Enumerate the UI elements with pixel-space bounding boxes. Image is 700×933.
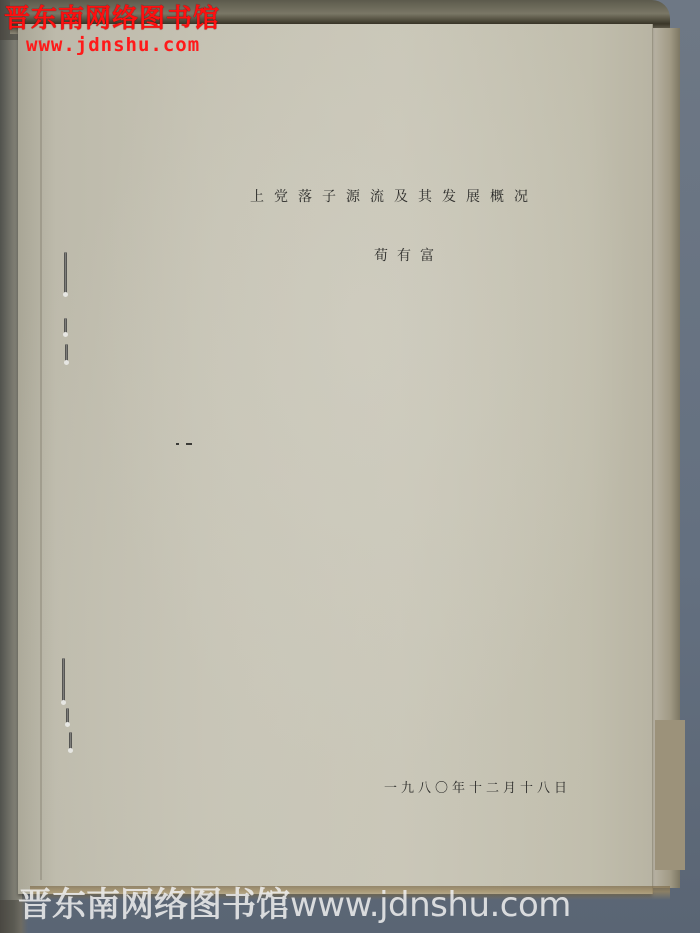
staple-icon bbox=[64, 252, 67, 294]
staple-icon bbox=[66, 708, 69, 724]
staple-icon bbox=[69, 732, 72, 750]
staple-icon bbox=[65, 344, 68, 362]
ink-speck bbox=[186, 443, 192, 445]
watermark-url: www.jdnshu.com bbox=[26, 34, 200, 56]
staple-icon bbox=[62, 658, 65, 702]
binding-margin-line bbox=[40, 40, 42, 880]
document-author: 荀有富 bbox=[374, 245, 443, 265]
ink-speck bbox=[176, 443, 179, 445]
document-date: 一九八〇年十二月十八日 bbox=[384, 777, 571, 796]
document-title: 上党落子源流及其发展概况 bbox=[250, 186, 550, 206]
staple-icon bbox=[64, 318, 67, 334]
watermark-bottom-banner: 晋东南网络图书馆www.jdnshu.com bbox=[18, 888, 571, 922]
watermark-bottom-library-name: 晋东南网络图书馆 bbox=[18, 885, 290, 925]
underlying-pages-corner bbox=[655, 720, 685, 870]
watermark-bottom-url: www.jdnshu.com bbox=[290, 885, 571, 925]
watermark-library-name: 晋东南网络图书馆 bbox=[4, 0, 220, 35]
document-cover-page bbox=[18, 24, 652, 894]
